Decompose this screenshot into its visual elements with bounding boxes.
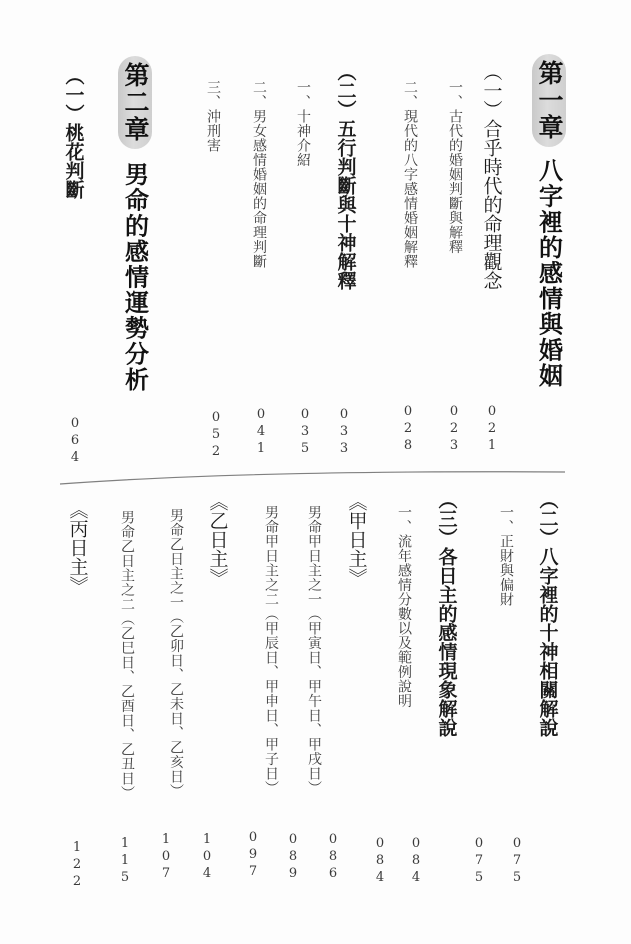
yi-day-master-page: 104 [201, 832, 214, 883]
jia-day-master-heading[interactable]: 《甲日主》 [344, 492, 371, 587]
bing-day-master-page: 122 [71, 840, 84, 891]
item-yi-1-page: 107 [160, 832, 173, 883]
section-2-2-heading[interactable]: （二）八字裡的十神相關解說 [535, 490, 562, 737]
jia-day-master-page: 086 [327, 832, 340, 883]
item-jia-2[interactable]: 男命甲日主之二（甲辰日、甲申日、甲子日） [261, 505, 281, 795]
item-2-3-1-page: 084 [374, 836, 387, 887]
toc-page: 第一章 八字裡的感情與婚姻 （一）合乎時代的命理觀念 021 一、古代的婚姻判斷… [0, 0, 631, 944]
section-2-3-heading[interactable]: （三）各日主的感情現象解說 [434, 490, 461, 737]
item-jia-2-page: 097 [247, 830, 260, 881]
item-yi-2-page: 115 [119, 836, 132, 887]
item-jia-1[interactable]: 男命甲日主之一（甲寅日、甲午日、甲戌日） [304, 505, 324, 795]
item-2-2-1-page: 075 [473, 836, 486, 887]
item-yi-2[interactable]: 男命乙日主之二（乙巳日、乙酉日、乙丑日） [117, 510, 137, 800]
item-2-2-1[interactable]: 一、正財與偏財 [496, 505, 516, 607]
item-yi-1[interactable]: 男命乙日主之一（乙卯日、乙未日、乙亥日） [166, 508, 186, 798]
section-2-3-page: 084 [410, 836, 423, 887]
yi-day-master-heading[interactable]: 《乙日主》 [205, 492, 232, 587]
item-jia-1-page: 089 [287, 832, 300, 883]
item-2-3-1[interactable]: 一、流年感情分數以及範例說明 [394, 505, 414, 708]
bing-day-master-heading[interactable]: 《丙日主》 [65, 500, 92, 595]
section-2-2-page: 075 [511, 836, 524, 887]
page-divider-line [0, 0, 631, 944]
